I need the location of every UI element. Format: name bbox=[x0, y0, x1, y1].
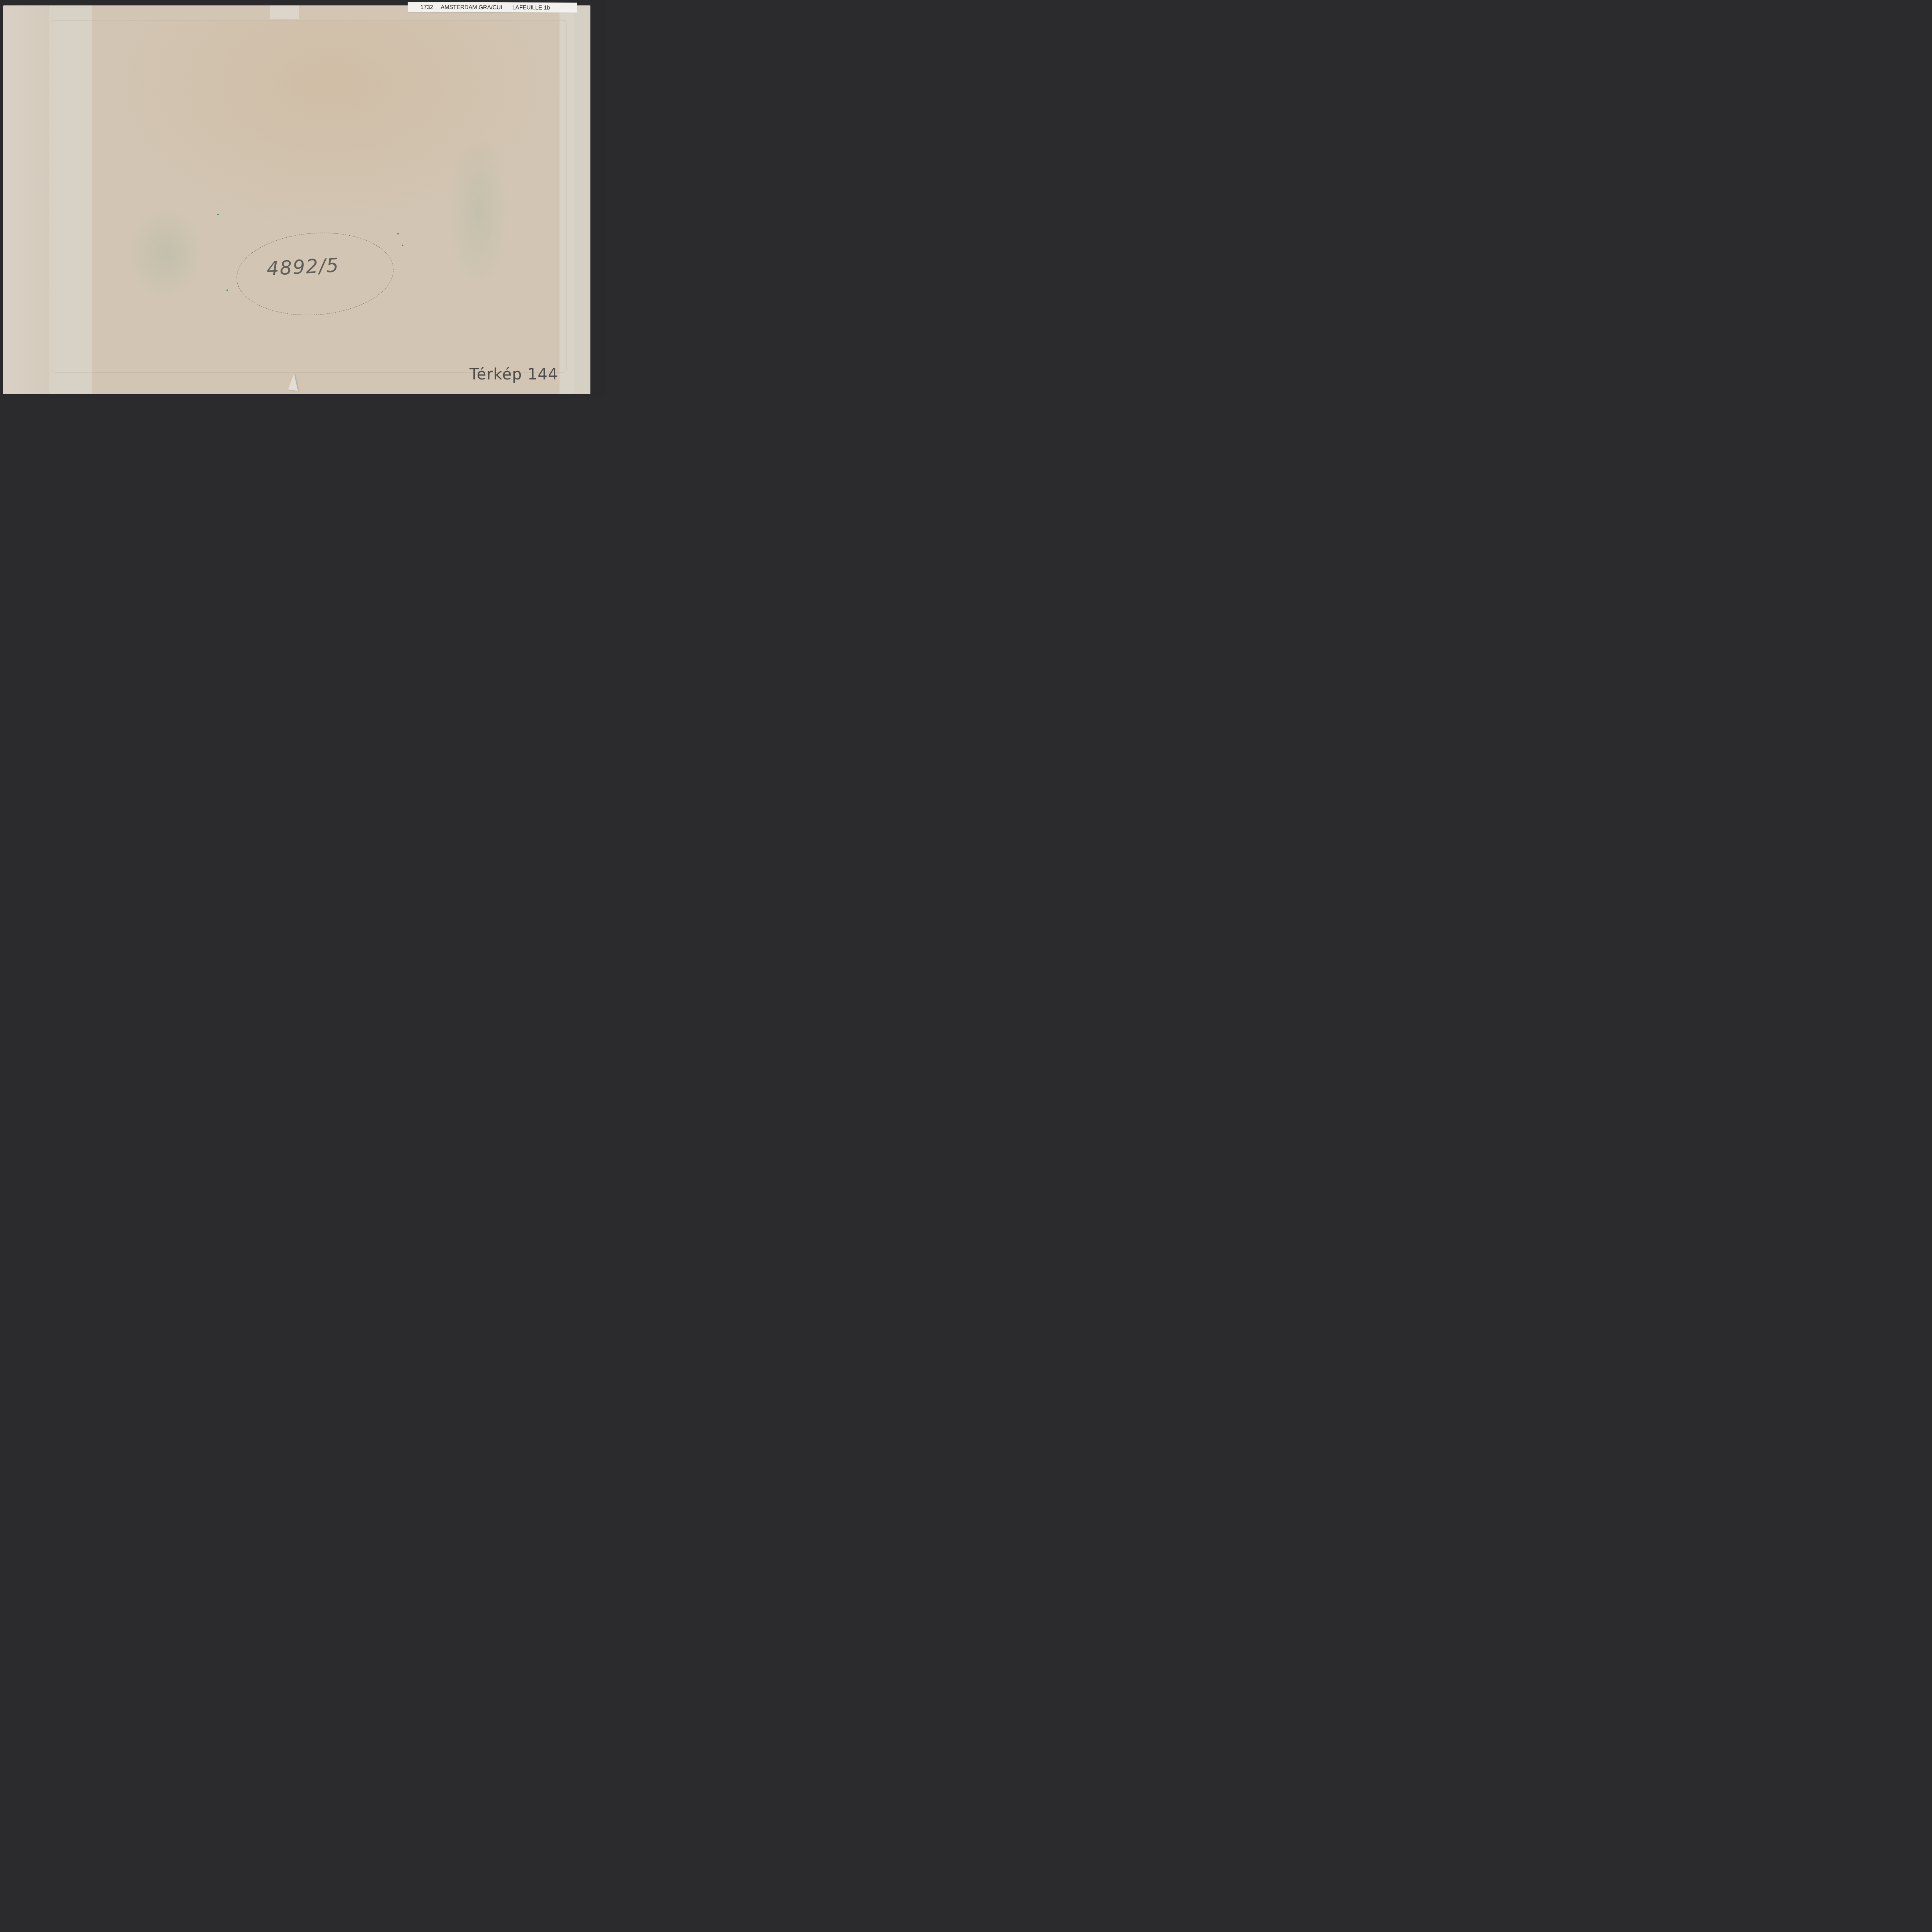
paper-margin-left bbox=[3, 5, 49, 394]
map-sheet-reverse bbox=[3, 5, 590, 394]
paper-margin-right bbox=[574, 5, 590, 394]
repair-patch bbox=[270, 5, 299, 19]
plate-mark bbox=[52, 20, 566, 372]
catalog-label: 1732 AMSTERDAM GRA/CUI LAFEUILLE 1b bbox=[408, 2, 577, 13]
label-year: 1732 bbox=[420, 4, 433, 10]
teal-speck bbox=[397, 233, 399, 235]
label-place: AMSTERDAM GRA/CUI bbox=[441, 4, 502, 11]
label-reference: LAFEUILLE 1b bbox=[512, 4, 550, 11]
handwritten-map-note: Térkép 144 bbox=[469, 366, 558, 383]
teal-speck bbox=[217, 214, 219, 215]
teal-speck bbox=[226, 289, 228, 291]
teal-speck bbox=[402, 245, 403, 246]
